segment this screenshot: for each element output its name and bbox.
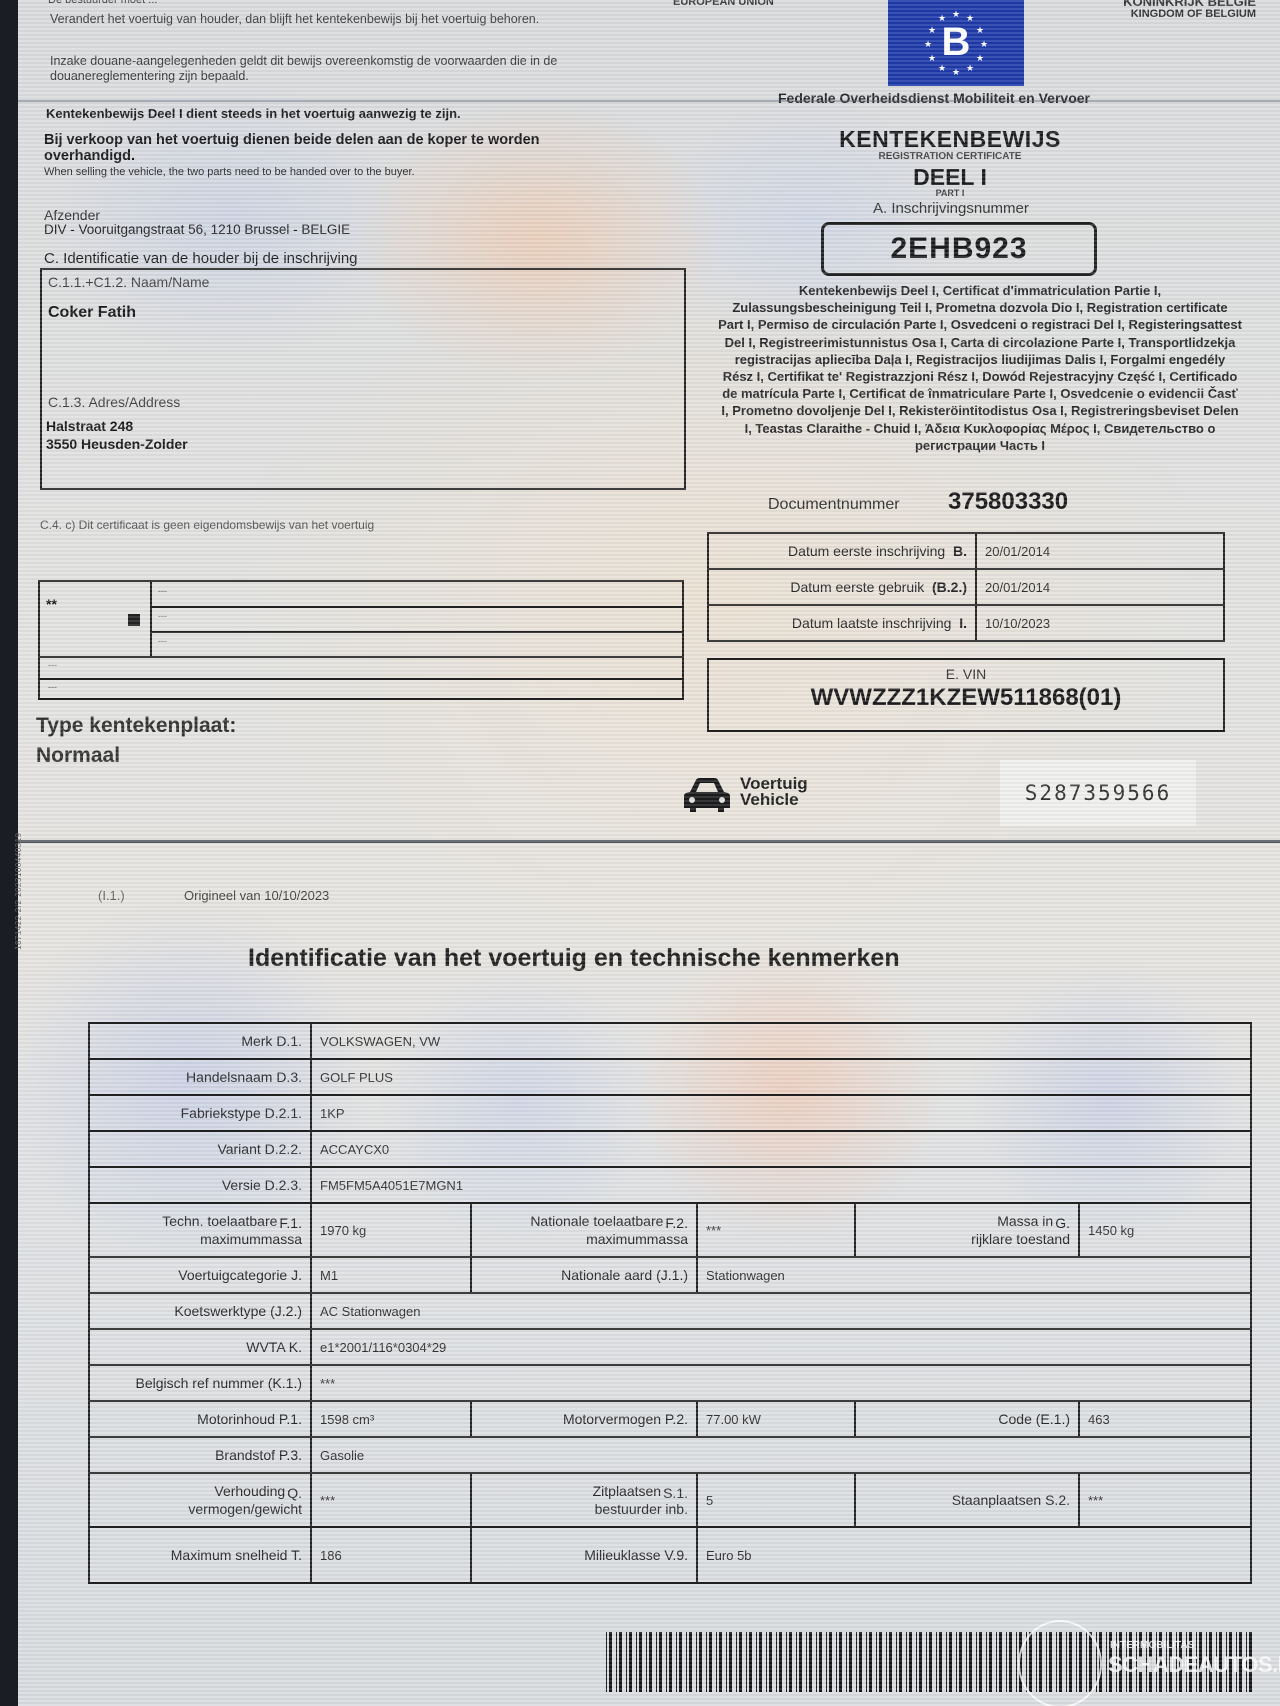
vehicle-label: Voertuig Vehicle — [740, 776, 808, 808]
part-label-en: PART I — [800, 188, 1100, 198]
plate-type-value: Normaal — [36, 744, 120, 768]
spec-row-speed: Maximum snelheid T. 186 Milieuklasse V.9… — [89, 1527, 1251, 1583]
date-row: Datum eerste gebruik (B.2.) 20/01/2014 — [708, 569, 1224, 605]
spec-row-seats: VerhoudingQ.vermogen/gewicht *** Zitplaa… — [89, 1473, 1251, 1527]
variant-value: ACCAYCX0 — [311, 1131, 1251, 1167]
extra-row-2: --- — [158, 611, 167, 621]
registration-dates-table: Datum eerste inschrijving B. 20/01/2014 … — [707, 532, 1225, 642]
spec-row-fuel: Brandstof P.3. Gasolie — [89, 1437, 1251, 1473]
ownership-disclaimer: C.4. c) Dit certificaat is geen eigendom… — [40, 518, 374, 532]
emission-class-value: Euro 5b — [697, 1527, 1251, 1583]
eu-flag-icon: ★ ★ ★ ★ ★ ★ ★ ★ ★ ★ ★ ★ B — [888, 0, 1024, 86]
original-date: Origineel van 10/10/2023 — [184, 888, 329, 903]
notice-customs: Inzake douane-aangelegenheden geldt dit … — [50, 54, 630, 84]
standing-places-value: *** — [1079, 1473, 1251, 1527]
body-type-value: AC Stationwagen — [311, 1293, 1251, 1329]
spec-row-brand: Merk D.1. VOLKSWAGEN, VW — [89, 1023, 1251, 1059]
holder-address-line1: Halstraat 248 — [46, 418, 133, 434]
plate-type-label: Type kentekenplaat: — [36, 714, 236, 738]
spec-row-body-type: Koetswerktype (J.2.) AC Stationwagen — [89, 1293, 1251, 1329]
notice-must-be-in-vehicle: Kentekenbewijs Deel I dient steeds in he… — [46, 106, 461, 121]
additional-info-box: ** --- --- --- --- --- — [38, 580, 684, 700]
national-kind-value: Stationwagen — [697, 1257, 1251, 1293]
authority-name: Federale Overheidsdienst Mobiliteit en V… — [778, 90, 1090, 106]
holder-name-label: C.1.1.+C1.2. Naam/Name — [48, 274, 209, 290]
engine-power-value: 77.00 kW — [697, 1401, 855, 1437]
vin-value: WVWZZZ1KZEW511868(01) — [709, 684, 1223, 712]
brand-value: VOLKSWAGEN, VW — [311, 1023, 1251, 1059]
max-mass-value: 1970 kg — [311, 1203, 471, 1257]
document-number-label: Documentnummer — [768, 496, 900, 514]
spec-row-belgian-ref: Belgisch ref nummer (K.1.) *** — [89, 1365, 1251, 1401]
spec-row-version: Versie D.2.3. FM5FM5A4051E7MGN1 — [89, 1167, 1251, 1203]
date-row: Datum eerste inschrijving B. 20/01/2014 — [708, 533, 1224, 569]
sender-label: Afzender — [44, 207, 100, 223]
spec-row-mass: Techn. toelaatbareF.1.maximummassa 1970 … — [89, 1203, 1251, 1257]
category-value: M1 — [311, 1257, 471, 1293]
side-reference-code: 1871422-2/2 2023100440319 — [14, 833, 23, 951]
vin-box: E. VIN WVWZZZ1KZEW511868(01) — [707, 658, 1225, 732]
holder-box: C.1.1.+C1.2. Naam/Name Coker Fatih C.1.3… — [40, 268, 686, 490]
car-icon — [682, 776, 732, 821]
serial-number: S287359566 — [1000, 760, 1196, 826]
wvta-value: e1*2001/116*0304*29 — [311, 1329, 1251, 1365]
spec-row-variant: Variant D.2.2. ACCAYCX0 — [89, 1131, 1251, 1167]
spec-row-category: Voertuigcategorie J. M1 Nationale aard (… — [89, 1257, 1251, 1293]
holder-address-label: C.1.3. Adres/Address — [48, 394, 180, 410]
country-letter: B — [936, 20, 976, 64]
stars-marker: ** — [46, 596, 57, 612]
document-number: 375803330 — [948, 488, 1068, 516]
extra-row-1: --- — [158, 586, 167, 596]
holder-address-line2: 3550 Heusden-Zolder — [46, 436, 188, 452]
first-registration-date: 20/01/2014 — [976, 533, 1224, 569]
holder-name: Coker Fatih — [48, 304, 136, 322]
i1-code: (I.1.) — [98, 888, 125, 903]
type-value: 1KP — [311, 1095, 1251, 1131]
date-row: Datum laatste inschrijving I. 10/10/2023 — [708, 605, 1224, 641]
registration-number-label: A. Inschrijvingsnummer — [873, 200, 1029, 217]
spec-row-type: Fabriekstype D.2.1. 1KP — [89, 1095, 1251, 1131]
extra-row-3: --- — [158, 636, 167, 646]
first-use-date: 20/01/2014 — [976, 569, 1224, 605]
multilingual-title-list: Kentekenbewijs Deel I, Certificat d'imma… — [718, 282, 1242, 454]
square-marker-icon — [128, 614, 140, 626]
spec-row-wvta: WVTA K. e1*2001/116*0304*29 — [89, 1329, 1251, 1365]
seats-value: 5 — [697, 1473, 855, 1527]
european-union-label: EUROPEAN UNION — [673, 0, 774, 8]
engine-capacity-value: 1598 cm³ — [311, 1401, 471, 1437]
part-label: DEEL I — [800, 164, 1100, 191]
notice-sale: Bij verkoop van het voertuig dienen beid… — [44, 132, 564, 164]
last-registration-date: 10/10/2023 — [976, 605, 1224, 641]
vin-label: E. VIN — [709, 666, 1223, 682]
extra-row-4: --- — [48, 660, 57, 670]
spec-row-engine: Motorinhoud P.1. 1598 cm³ Motorvermogen … — [89, 1401, 1251, 1437]
code-e1-value: 463 — [1079, 1401, 1251, 1437]
section-title: Identificatie van het voertuig en techni… — [248, 944, 900, 973]
holder-section-label: C. Identificatie van de houder bij de in… — [44, 250, 358, 267]
spec-row-trade-name: Handelsnaam D.3. GOLF PLUS — [89, 1059, 1251, 1095]
sender-address: DIV - Vooruitgangstraat 56, 1210 Brussel… — [44, 222, 350, 237]
country-name-en: KINGDOM OF BELGIUM — [1066, 8, 1256, 20]
notice-holder-change: Verandert het voertuig van houder, dan b… — [50, 12, 590, 27]
power-weight-ratio-value: *** — [311, 1473, 471, 1527]
mass-in-running-order-value: 1450 kg — [1079, 1203, 1251, 1257]
notice-sale-en: When selling the vehicle, the two parts … — [44, 166, 415, 178]
globe-icon — [1018, 1620, 1102, 1706]
watermark-logo: INTERMOBILITAS SCHADEAUTOS.NL — [1018, 1620, 1280, 1706]
extra-row-5: --- — [48, 682, 57, 692]
belgian-ref-value: *** — [311, 1365, 1251, 1401]
fuel-value: Gasolie — [311, 1437, 1251, 1473]
technical-specs-table: Merk D.1. VOLKSWAGEN, VW Handelsnaam D.3… — [88, 1022, 1252, 1584]
registration-certificate: De bestuurder moet ... Verandert het voe… — [18, 0, 1280, 1706]
cut-off-notice: De bestuurder moet ... — [48, 0, 157, 6]
version-value: FM5FM5A4051E7MGN1 — [311, 1167, 1251, 1203]
registration-number: 2EHB923 — [821, 222, 1097, 276]
trade-name-value: GOLF PLUS — [311, 1059, 1251, 1095]
national-max-mass-value: *** — [697, 1203, 855, 1257]
document-title-en: REGISTRATION CERTIFICATE — [800, 151, 1100, 162]
max-speed-value: 186 — [311, 1527, 471, 1583]
document-title: KENTEKENBEWIJS — [800, 126, 1100, 153]
